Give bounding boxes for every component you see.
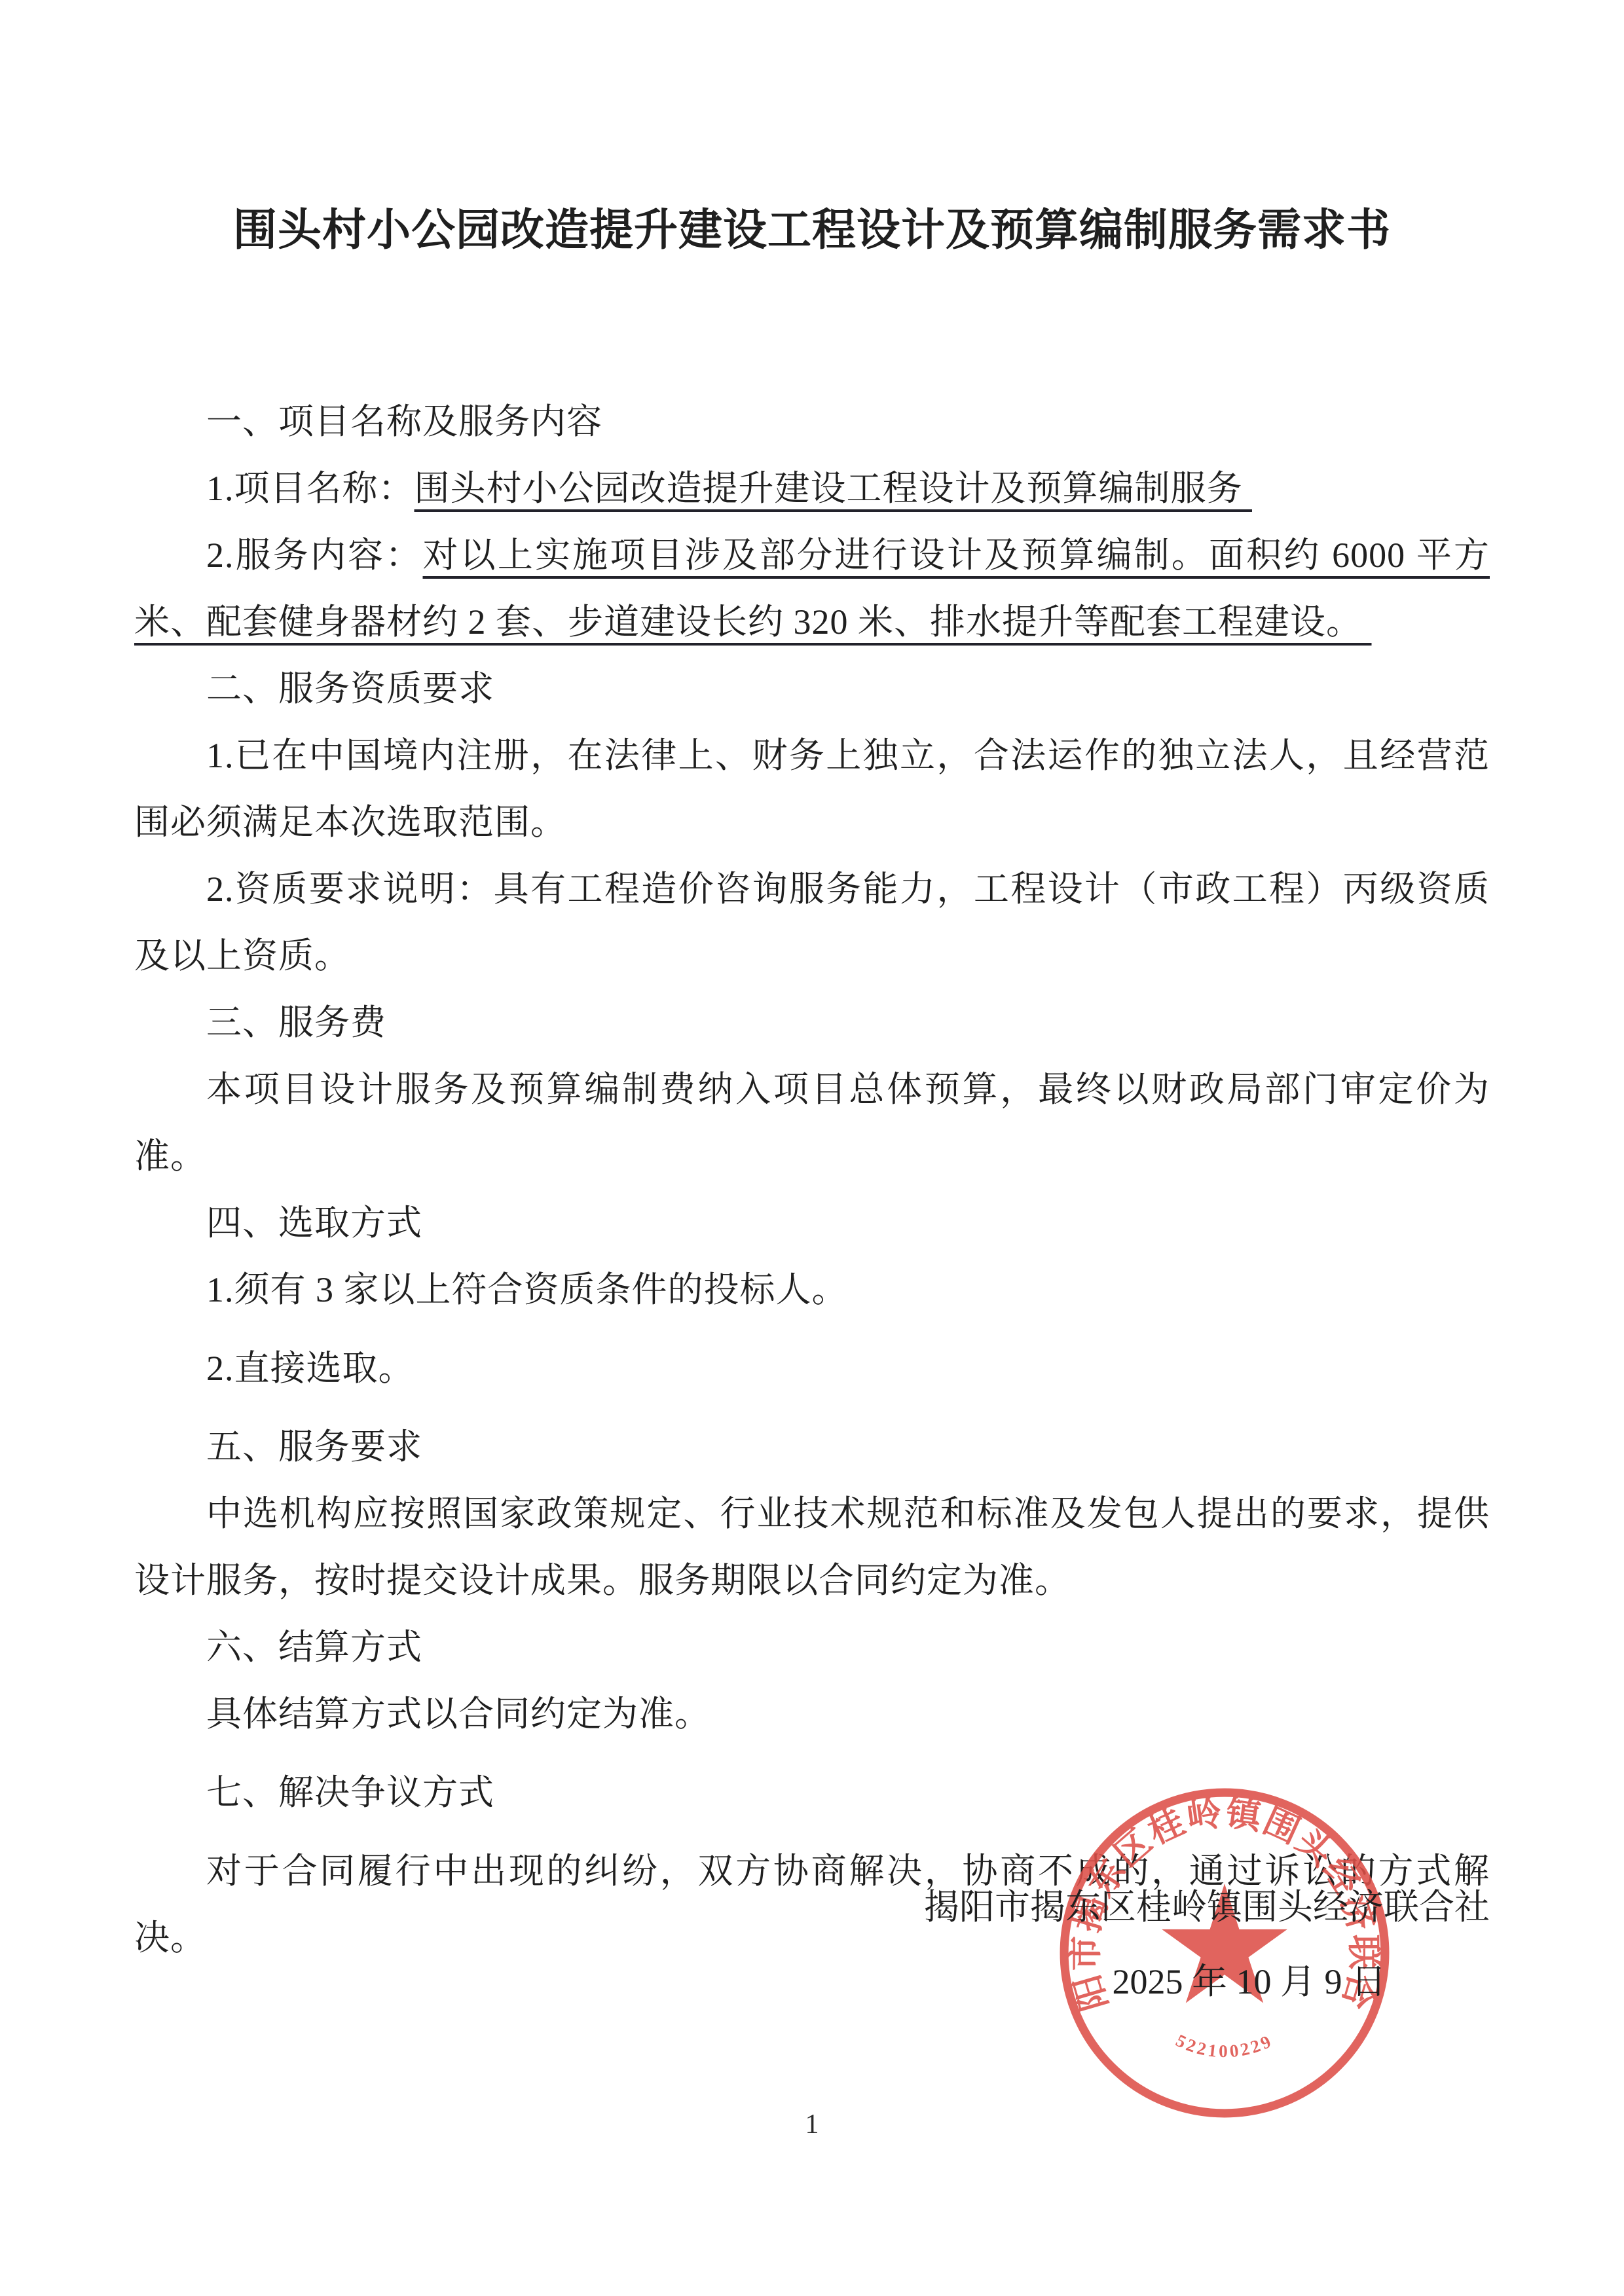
settlement-body: 具体结算方式以合同约定为准。 [134, 1681, 1490, 1747]
document-content: 围头村小公园改造提升建设工程设计及预算编制服务需求书 一、项目名称及服务内容1.… [134, 194, 1490, 1971]
text-segment: 二、服务资质要求 [206, 669, 494, 708]
section-2-heading: 二、服务资质要求 [134, 655, 1490, 722]
text-segment: 1.已在中国境内注册，在法律上、财务上独立，合法运作的独立法人，且经营范围必须满… [134, 736, 1490, 842]
text-segment: 1.须有 3 家以上符合资质条件的投标人。 [206, 1270, 848, 1309]
text-segment: 四、选取方式 [206, 1203, 422, 1243]
selection-item-2: 2.直接选取。 [134, 1335, 1490, 1402]
text-segment: 具体结算方式以合同约定为准。 [206, 1694, 710, 1734]
underlined-text: 围头村小公园改造提升建设工程设计及预算编制服务 [415, 469, 1253, 508]
text-segment: 中选机构应按照国家政策规定、行业技术规范和标准及发包人提出的要求，提供设计服务，… [134, 1494, 1490, 1600]
document-title: 围头村小公园改造提升建设工程设计及预算编制服务需求书 [134, 194, 1490, 267]
service-content-line: 2.服务内容：对以上实施项目涉及部分进行设计及预算编制。面积约 6000 平方米… [134, 522, 1490, 655]
signature-organization: 揭阳市揭东区桂岭镇围头经济联合社 [924, 1870, 1490, 1944]
text-segment: 六、结算方式 [206, 1628, 422, 1667]
project-name-line: 1.项目名称：围头村小公园改造提升建设工程设计及预算编制服务 [134, 455, 1490, 522]
text-segment: 三、服务费 [206, 1003, 386, 1042]
section-3-heading: 三、服务费 [134, 989, 1490, 1056]
signature-block: 揭阳市揭东区桂岭镇围头经济联合社 2025 年 10 月 9 日 [924, 1870, 1490, 2019]
paragraph-list: 一、项目名称及服务内容1.项目名称：围头村小公园改造提升建设工程设计及预算编制服… [134, 388, 1490, 1971]
qualification-item-1: 1.已在中国境内注册，在法律上、财务上独立，合法运作的独立法人，且经营范围必须满… [134, 722, 1490, 856]
text-segment: 1.项目名称： [206, 469, 415, 508]
signature-date: 2025 年 10 月 9 日 [924, 1944, 1386, 2019]
text-segment: 2.服务内容： [206, 536, 423, 575]
text-segment: 五、服务要求 [206, 1427, 422, 1467]
section-6-heading: 六、结算方式 [134, 1614, 1490, 1681]
text-segment: 一、项目名称及服务内容 [206, 402, 602, 441]
qualification-item-2: 2.资质要求说明：具有工程造价咨询服务能力，工程设计（市政工程）丙级资质及以上资… [134, 856, 1490, 989]
section-1-heading: 一、项目名称及服务内容 [134, 388, 1490, 455]
document-page: 围头村小公园改造提升建设工程设计及预算编制服务需求书 一、项目名称及服务内容1.… [0, 0, 1624, 2296]
section-4-heading: 四、选取方式 [134, 1190, 1490, 1256]
text-segment: 2.资质要求说明：具有工程造价咨询服务能力，工程设计（市政工程）丙级资质及以上资… [134, 869, 1490, 975]
text-segment: 2.直接选取。 [206, 1349, 415, 1388]
service-requirement-body: 中选机构应按照国家政策规定、行业技术规范和标准及发包人提出的要求，提供设计服务，… [134, 1480, 1490, 1614]
text-segment: 本项目设计服务及预算编制费纳入项目总体预算，最终以财政局部门审定价为准。 [134, 1070, 1490, 1176]
text-segment: 七、解决争议方式 [206, 1773, 494, 1812]
selection-item-1: 1.须有 3 家以上符合资质条件的投标人。 [134, 1256, 1490, 1323]
page-number: 1 [0, 2109, 1624, 2140]
section-5-heading: 五、服务要求 [134, 1413, 1490, 1480]
service-fee-body: 本项目设计服务及预算编制费纳入项目总体预算，最终以财政局部门审定价为准。 [134, 1056, 1490, 1190]
